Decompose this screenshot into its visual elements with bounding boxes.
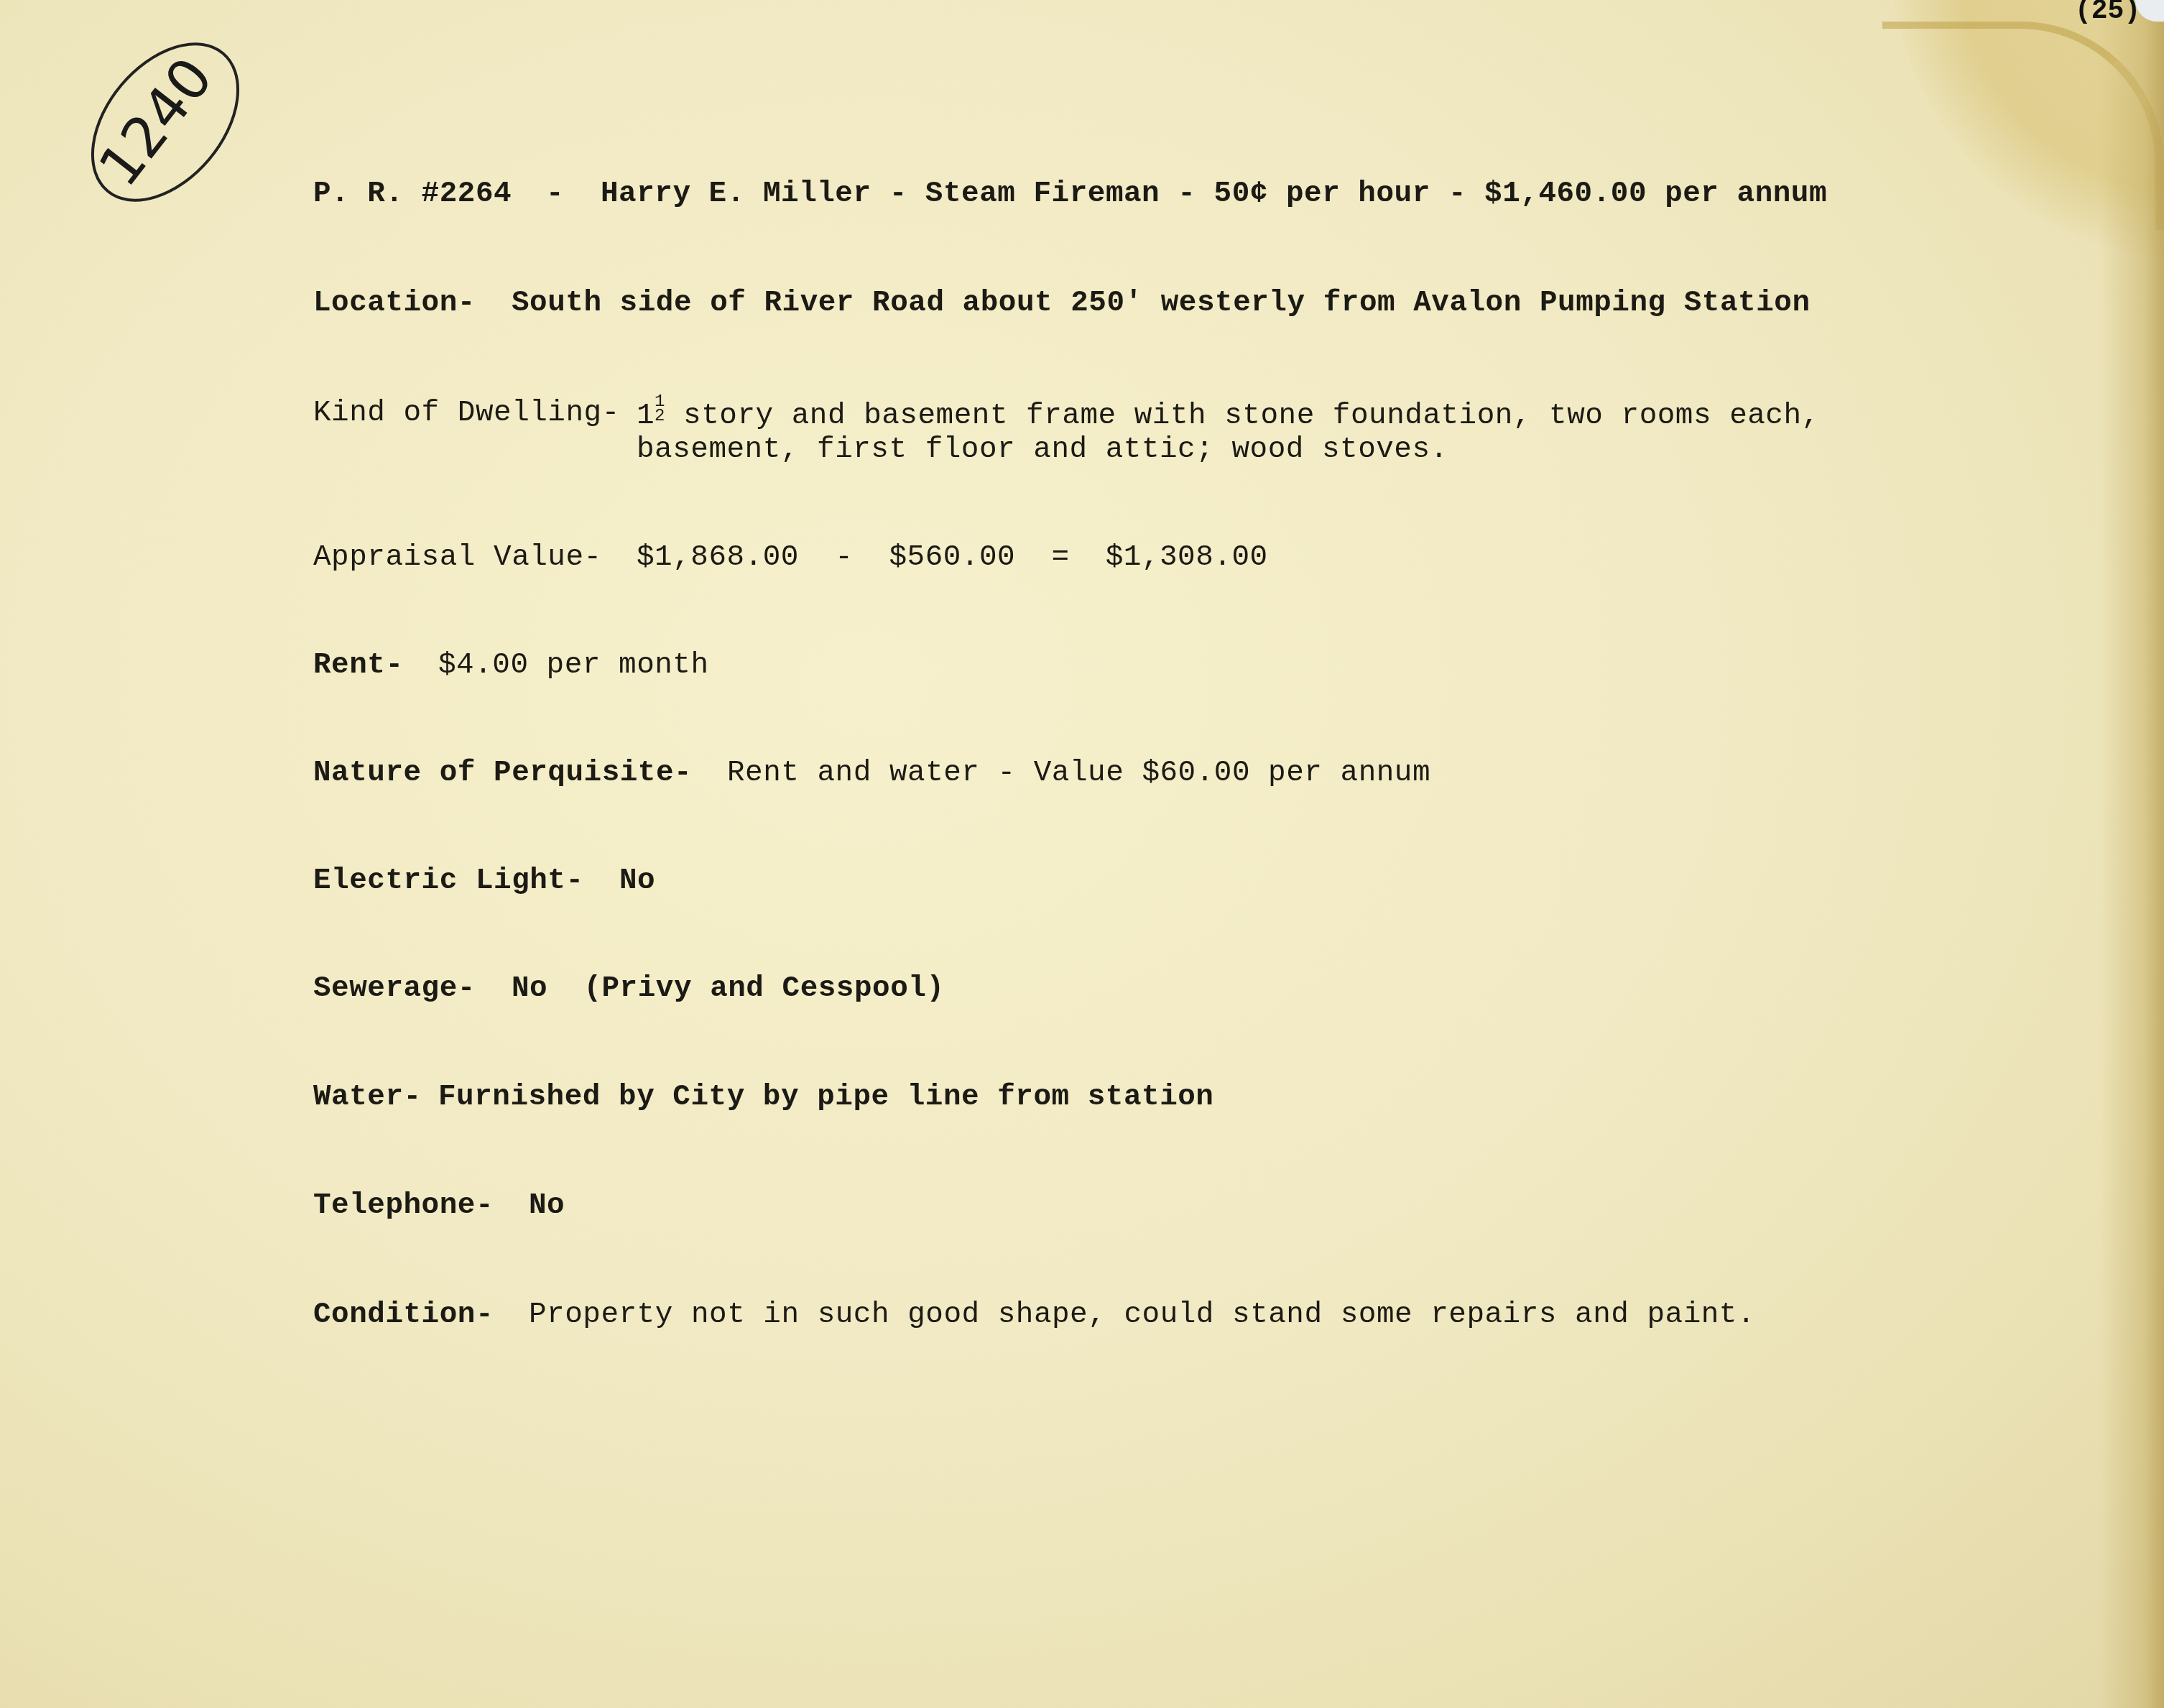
field-value-rent: $4.00 per month [438,647,709,683]
field-label-location: Location- [313,285,476,321]
field-value-appraisal: $1,868.00 - $560.00 = $1,308.00 [637,540,1268,576]
fraction-denominator: 2 [655,410,665,424]
field-label-sewerage: Sewerage- [313,971,476,1007]
field-value-telephone: No [529,1188,565,1224]
dwelling-text: story and basement frame with stone foun… [665,400,1820,433]
field-value-location: South side of River Road about 250' west… [512,285,1811,321]
field-label-electric-light: Electric Light- [313,863,584,899]
field-value-dwelling: 112 story and basement frame with stone … [637,395,1820,434]
page-edge-shadow [2099,0,2164,1708]
field-value-dwelling-continued: basement, first floor and attic; wood st… [637,432,1448,468]
field-value-sewerage: No (Privy and Cesspool) [512,971,945,1007]
pencil-oval-icon: 1240 [79,29,251,216]
fraction-whole: 1 [637,400,655,433]
field-label-condition: Condition- [313,1297,494,1333]
page-number: (25) [2075,0,2140,27]
field-value-electric-light: No [619,863,655,899]
pr-number: P. R. #2264 [313,176,512,212]
field-label-perquisite: Nature of Perquisite- [313,755,692,791]
header-separator: - [546,176,564,212]
field-label-dwelling: Kind of Dwelling- [313,395,620,431]
field-label-water: Water- [313,1079,422,1115]
field-value-perquisite: Rent and water - Value $60.00 per annum [727,755,1430,791]
handwritten-number-text: 1240 [87,46,226,198]
handwritten-file-number: 1240 [79,29,251,216]
document-page: (25) 1240 P. R. #2264 - Harry E. Miller … [0,0,2164,1708]
field-value-condition: Property not in such good shape, could s… [529,1297,1755,1333]
field-value-water: Furnished by City by pipe line from stat… [438,1079,1213,1115]
field-label-telephone: Telephone- [313,1188,494,1224]
employee-line: Harry E. Miller - Steam Fireman - 50¢ pe… [601,176,1827,212]
fraction-half: 12 [655,395,665,424]
field-label-appraisal: Appraisal Value- [313,540,602,576]
field-label-rent: Rent- [313,647,404,683]
